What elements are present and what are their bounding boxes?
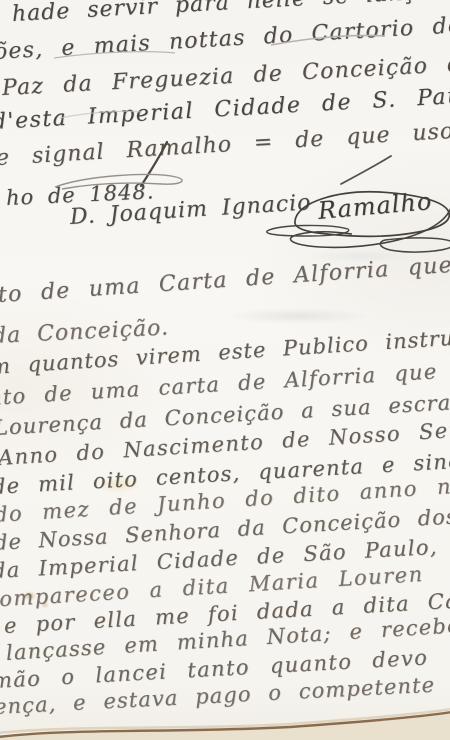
- manuscript-page: hade servir para nelle se lançarem as õe…: [0, 0, 450, 740]
- signal-slash-stroke: [341, 156, 391, 184]
- page-bottom-edge: [0, 712, 450, 737]
- signature-rubric: [267, 225, 349, 236]
- page-bottom-area: [0, 712, 450, 740]
- signature-name: Ramalho: [317, 187, 434, 225]
- manuscript-line: to de uma Carta de Alforria que pa: [0, 250, 450, 308]
- manuscript-line: da Conceição.: [0, 315, 170, 349]
- signature-rubric: [380, 238, 450, 252]
